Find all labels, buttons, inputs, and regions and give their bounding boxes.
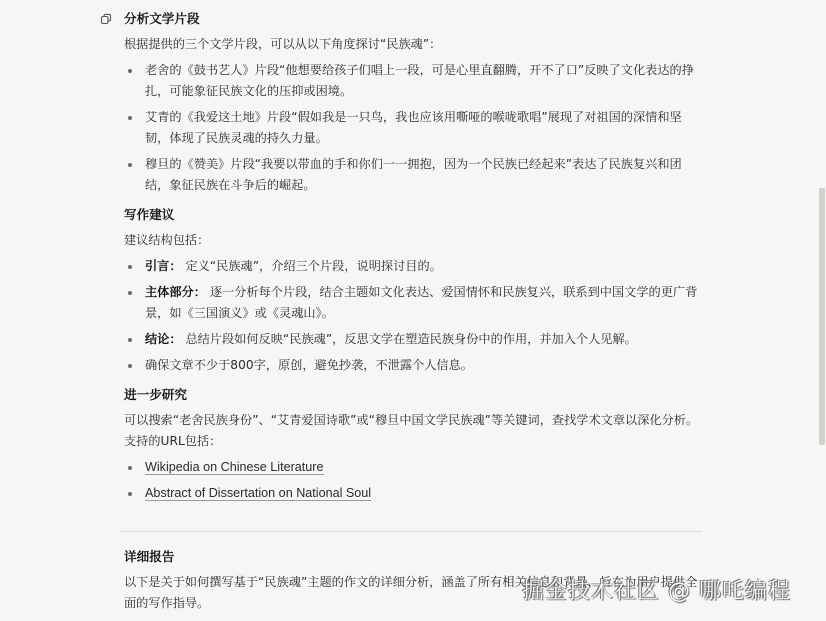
writing-list: 引言： 定义“民族魂”，介绍三个片段，说明探讨目的。 主体部分： 逐一分析每个片…: [124, 256, 704, 376]
analysis-list: 老舍的《鼓书艺人》片段“他想要给孩子们唱上一段，可是心里直翻腾，开不了口”反映了…: [124, 60, 704, 196]
list-item: Abstract of Dissertation on National Sou…: [124, 483, 704, 504]
research-links: Wikipedia on Chinese Literature Abstract…: [124, 457, 704, 504]
analysis-intro: 根据提供的三个文学片段，可以从以下角度探讨“民族魂”：: [124, 34, 704, 55]
list-item-text: 定义“民族魂”，介绍三个片段，说明探讨目的。: [185, 259, 441, 273]
chat-response-view: 分析文学片段 根据提供的三个文学片段，可以从以下角度探讨“民族魂”： 老舍的《鼓…: [0, 0, 826, 621]
writing-intro: 建议结构包括：: [124, 230, 704, 251]
section-divider: [120, 531, 702, 532]
list-item: 引言： 定义“民族魂”，介绍三个片段，说明探讨目的。: [124, 256, 704, 277]
list-item: 主体部分： 逐一分析每个片段，结合主题如文化表达、爱国情怀和民族复兴，联系到中国…: [124, 282, 704, 324]
list-item: Wikipedia on Chinese Literature: [124, 457, 704, 478]
section-heading-writing: 写作建议: [124, 204, 704, 226]
bullet-icon: [128, 163, 132, 167]
bullet-icon: [128, 69, 132, 73]
list-item-text: 确保文章不少于800字，原创，避免抄袭，不泄露个人信息。: [145, 358, 473, 372]
bullet-icon: [128, 338, 132, 342]
list-item: 穆旦的《赞美》片段“我要以带血的手和你们一一拥抱，因为一个民族已经起来”表达了民…: [124, 154, 704, 196]
bullet-icon: [128, 291, 132, 295]
list-item: 艾青的《我爱这土地》片段“假如我是一只鸟，我也应该用嘶哑的喉咙歌唱”展现了对祖国…: [124, 107, 704, 149]
section-heading-analysis: 分析文学片段: [124, 8, 704, 30]
watermark: 掘金技术社区 @ 哪吒编程: [522, 574, 791, 605]
list-item-label: 引言：: [145, 259, 182, 273]
bullet-icon: [128, 364, 132, 368]
list-item-label: 结论：: [145, 332, 182, 346]
copy-icon[interactable]: [100, 13, 112, 25]
bullet-icon: [128, 265, 132, 269]
list-item-text: 艾青的《我爱这土地》片段“假如我是一只鸟，我也应该用嘶哑的喉咙歌唱”展现了对祖国…: [145, 110, 682, 145]
section-heading-research: 进一步研究: [124, 384, 704, 406]
section-heading-report: 详细报告: [124, 546, 704, 568]
list-item-text: 老舍的《鼓书艺人》片段“他想要给孩子们唱上一段，可是心里直翻腾，开不了口”反映了…: [145, 63, 694, 98]
list-item: 确保文章不少于800字，原创，避免抄袭，不泄露个人信息。: [124, 355, 704, 376]
bullet-icon: [128, 466, 132, 470]
response-content: 分析文学片段 根据提供的三个文学片段，可以从以下角度探讨“民族魂”： 老舍的《鼓…: [124, 8, 704, 509]
bullet-icon: [128, 116, 132, 120]
research-intro: 可以搜索“老舍民族身份”、“艾青爱国诗歌”或“穆旦中国文学民族魂”等关键词，查找…: [124, 410, 704, 452]
list-item: 老舍的《鼓书艺人》片段“他想要给孩子们唱上一段，可是心里直翻腾，开不了口”反映了…: [124, 60, 704, 102]
link-dissertation-national-soul[interactable]: Abstract of Dissertation on National Sou…: [145, 486, 371, 501]
scrollbar-thumb[interactable]: [819, 188, 825, 445]
list-item: 结论： 总结片段如何反映“民族魂”，反思文学在塑造民族身份中的作用，并加入个人见…: [124, 329, 704, 350]
list-item-label: 主体部分：: [145, 285, 206, 299]
list-item-text: 穆旦的《赞美》片段“我要以带血的手和你们一一拥抱，因为一个民族已经起来”表达了民…: [145, 157, 682, 192]
bullet-icon: [128, 492, 132, 496]
list-item-text: 总结片段如何反映“民族魂”，反思文学在塑造民族身份中的作用，并加入个人见解。: [185, 332, 636, 346]
link-wikipedia-chinese-literature[interactable]: Wikipedia on Chinese Literature: [145, 460, 324, 475]
list-item-text: 逐一分析每个片段，结合主题如文化表达、爱国情怀和民族复兴，联系到中国文学的更广背…: [145, 285, 697, 320]
